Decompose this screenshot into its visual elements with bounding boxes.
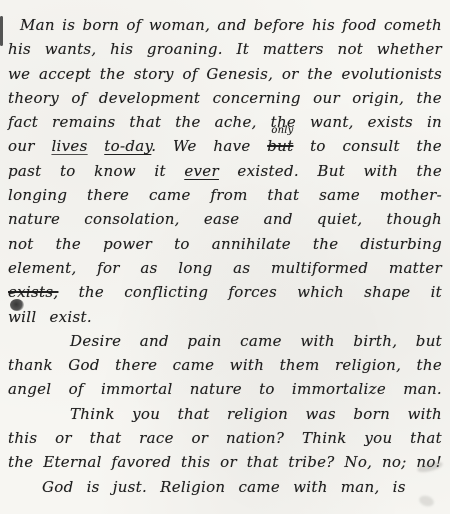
manuscript-line: past to know it ever existed. But with t… xyxy=(8,159,442,183)
manuscript-line: Man is born of woman, and before his foo… xyxy=(8,13,442,37)
text-segment: lives xyxy=(51,137,87,155)
text-segment: past to know it xyxy=(8,162,184,180)
manuscript-line: will exist. xyxy=(8,305,442,329)
text-segment: thank God there came with them religion,… xyxy=(8,356,442,374)
manuscript-line: the Eternal favored this or that tribe? … xyxy=(8,450,442,474)
text-segment: the conflicting forces which shape it xyxy=(58,283,442,301)
manuscript-line: thank God there came with them religion,… xyxy=(8,353,442,377)
manuscript-line: exists, the conflicting forces which sha… xyxy=(8,280,442,304)
text-segment: Desire and pain came with birth, but xyxy=(70,332,442,350)
text-segment: Man is born of woman, and before his foo… xyxy=(20,16,442,34)
text-segment: we accept the story of Genesis, or the e… xyxy=(8,65,442,83)
manuscript-line: God is just. Religion came with man, is xyxy=(8,475,442,499)
manuscript-line: element, for as long as multiformed matt… xyxy=(8,256,442,280)
manuscript-line: angel of immortal nature to immortalize … xyxy=(8,377,442,401)
manuscript-line: his wants, his groaning. It matters not … xyxy=(8,37,442,61)
text-segment: theory of development concerning our ori… xyxy=(8,89,442,107)
manuscript-line: longing there came from that same mother… xyxy=(8,183,442,207)
text-segment: nature consolation, ease and quiet, thou… xyxy=(8,210,442,228)
text-segment: but xyxy=(267,137,293,155)
manuscript-page: Man is born of woman, and before his foo… xyxy=(0,0,450,514)
text-segment: fact remains that the ache, the want, ex… xyxy=(8,113,442,131)
text-segment: God is just. Religion came with man, is xyxy=(42,478,406,496)
text-segment: our xyxy=(8,137,51,155)
text-segment: the Eternal favored this or that tribe? … xyxy=(8,453,442,471)
manuscript-line: Think you that religion was born with xyxy=(8,402,442,426)
text-segment: . We have xyxy=(151,137,267,155)
text-segment xyxy=(88,137,105,155)
manuscript-lines: Man is born of woman, and before his foo… xyxy=(8,13,442,499)
text-segment: longing there came from that same mother… xyxy=(8,186,442,204)
manuscript-line: this or that race or nation? Think you t… xyxy=(8,426,442,450)
text-segment: not the power to annihilate the disturbi… xyxy=(8,235,442,253)
manuscript-line: not the power to annihilate the disturbi… xyxy=(8,232,442,256)
inserted-word-above: only xyxy=(271,126,293,136)
manuscript-line: our lives to-day. We have onlybut to con… xyxy=(8,134,442,158)
corrected-word: onlybut xyxy=(267,134,293,158)
text-segment: angel of immortal nature to immortalize … xyxy=(8,380,442,398)
manuscript-line: theory of development concerning our ori… xyxy=(8,86,442,110)
text-segment: to consult the xyxy=(293,137,442,155)
manuscript-line: fact remains that the ache, the want, ex… xyxy=(8,110,442,134)
text-segment: element, for as long as multiformed matt… xyxy=(8,259,442,277)
manuscript-line: Desire and pain came with birth, but xyxy=(8,329,442,353)
page-edge-mark xyxy=(0,16,3,46)
manuscript-line: we accept the story of Genesis, or the e… xyxy=(8,62,442,86)
text-segment: existed. But with the xyxy=(219,162,442,180)
ink-blot xyxy=(10,299,24,311)
text-segment: will exist. xyxy=(8,308,92,326)
text-segment: this or that race or nation? Think you t… xyxy=(8,429,442,447)
text-segment: his wants, his groaning. It matters not … xyxy=(8,40,442,58)
text-segment: Think you that religion was born with xyxy=(70,405,442,423)
text-segment: ever xyxy=(184,162,219,180)
manuscript-line: nature consolation, ease and quiet, thou… xyxy=(8,207,442,231)
text-segment: to-day xyxy=(104,137,151,155)
